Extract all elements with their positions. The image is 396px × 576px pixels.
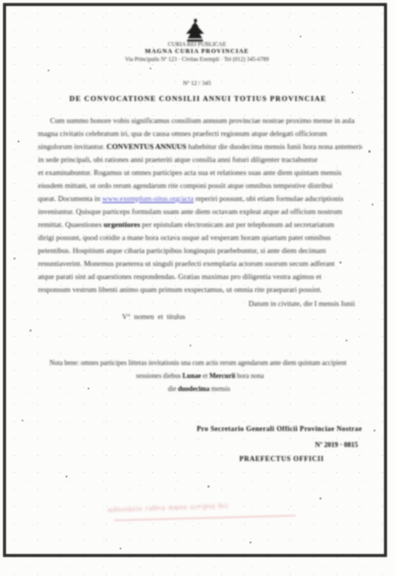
note-line: die duodecima mensis [145, 386, 253, 393]
note-text: hora nona [235, 373, 264, 380]
note-text: duodecima [178, 386, 210, 393]
body-text: atque parati sint ad quaestiones respond… [38, 273, 321, 281]
closing-text: V° nomen et titulus [122, 313, 185, 321]
body-line: renuntiaverint. Monemus praeterea ut sin… [38, 260, 362, 268]
body-line: eiusdem mittant, ut ordo rerum agendarum… [38, 182, 362, 190]
signature-line: Nº 2019 · 0815 [258, 442, 358, 449]
body-line: et examinabuntur. Rogamus ut omnes parti… [38, 169, 362, 177]
note-line: Nota bene: omnes participes litteras inv… [24, 360, 372, 367]
body-text: CONVENTUS ANNUUS [107, 143, 187, 151]
signature-line: Pro Secretario Generali Officii Provinci… [134, 426, 362, 433]
body-text: petentibus. Hospitium atque cibaria part… [38, 247, 326, 255]
scanned-letter-page: CURIA REI PUBLICAEMAGNA CURIA PROVINCIAE… [0, 0, 396, 576]
letterhead-text: CURIA REI PUBLICAE [168, 42, 226, 48]
body-text: remittat. Quaestiones [38, 221, 104, 229]
body-text: inveniuntur. Quisque particeps formulam … [38, 208, 342, 216]
body-text: eiusdem mittant, ut ordo rerum agendarum… [38, 182, 333, 190]
signature-line: PRAEFECTUS OFFICII [210, 456, 324, 463]
body-line: singulorum invitantur. CONVENTUS ANNUUS … [38, 143, 362, 151]
body-line: queat. Documenta in www.exemplum-situs.o… [38, 195, 362, 203]
note-text: mensis [210, 386, 231, 393]
body-text: responsum vestrum libenti animo quam pri… [38, 286, 322, 294]
body-text: in sede principali, ubi rationes anni pr… [38, 156, 318, 164]
note-text: Lunae [183, 373, 202, 380]
body-text: Cum summo honore vobis significamus cons… [50, 117, 355, 125]
body-text: dirigi possunt, quod cotidie a mane hora… [38, 234, 331, 242]
note-text: die [168, 386, 178, 393]
signature-text: Pro Secretario Generali Officii Provinci… [197, 426, 362, 433]
note-line: sessiones diebus Lunae et Mercurii hora … [105, 373, 295, 380]
body-text: renuntiaverint. Monemus praeterea ut sin… [38, 260, 335, 268]
closing-text: Datum in civitate, die I mensis Iunii [248, 300, 355, 308]
body-line: dirigi possunt, quod cotidie a mane hora… [38, 234, 362, 242]
closing-line: V° nomen et titulus [122, 313, 257, 321]
body-text: singulorum invitantur. [38, 143, 107, 151]
body-text: urgentiores [104, 221, 141, 229]
letterhead-text: MAGNA CURIA PROVINCIAE [145, 49, 249, 55]
closing-line: Datum in civitate, die I mensis Iunii [205, 300, 355, 308]
letterhead-line: Via Principalis Nº 123 · Civitas Exempli… [95, 57, 299, 63]
body-text: habebitur die duodecima mensis Iunii hor… [186, 143, 362, 151]
letterhead-line: MAGNA CURIA PROVINCIAE [118, 49, 276, 56]
body-line: magna civitatis celebratum iri, qua de c… [38, 130, 362, 138]
body-text: magna civitatis celebratum iri, qua de c… [38, 130, 327, 138]
body-line: in sede principali, ubi rationes anni pr… [38, 156, 362, 164]
letterhead-text: Via Principalis Nº 123 · Civitas Exempli… [125, 57, 269, 63]
body-line: Cum summo honore vobis significamus cons… [50, 117, 362, 125]
body-text: et examinabuntur. Rogamus ut omnes parti… [38, 169, 341, 177]
body-text: reperiri possunt, ubi etiam formulae ads… [194, 195, 344, 203]
scan-noise-specks [0, 0, 1, 1]
signature-text: Nº 2019 · 0815 [315, 442, 358, 449]
heading-text: Nº 12 / 345 [183, 81, 211, 87]
letterhead-line: CURIA REI PUBLICAE [130, 42, 264, 48]
body-line: inveniuntur. Quisque particeps formulam … [38, 208, 362, 216]
body-text: queat. Documenta in [38, 195, 102, 203]
note-text: sessiones diebus [136, 373, 182, 380]
body-line: remittat. Quaestiones urgentiores per ep… [38, 221, 362, 229]
note-text: Mercurii [209, 373, 235, 380]
body-hyperlink[interactable]: www.exemplum-situs.org/acta [102, 195, 193, 203]
body-line: petentibus. Hospitium atque cibaria part… [38, 247, 362, 255]
body-text: per epistulam electronicam aut per telep… [140, 221, 334, 229]
signature-text: PRAEFECTUS OFFICII [239, 456, 324, 463]
heading-line: Nº 12 / 345 [158, 81, 236, 88]
heading-text: DE CONVOCATIONE CONSILII ANNUI TOTIUS PR… [69, 95, 326, 103]
heading-line: DE CONVOCATIONE CONSILII ANNUI TOTIUS PR… [30, 95, 366, 103]
note-text: Nota bene: omnes participes litteras inv… [49, 360, 346, 367]
body-line: atque parati sint ad quaestiones respond… [38, 273, 362, 281]
body-line: responsum vestrum libenti animo quam pri… [38, 286, 344, 294]
